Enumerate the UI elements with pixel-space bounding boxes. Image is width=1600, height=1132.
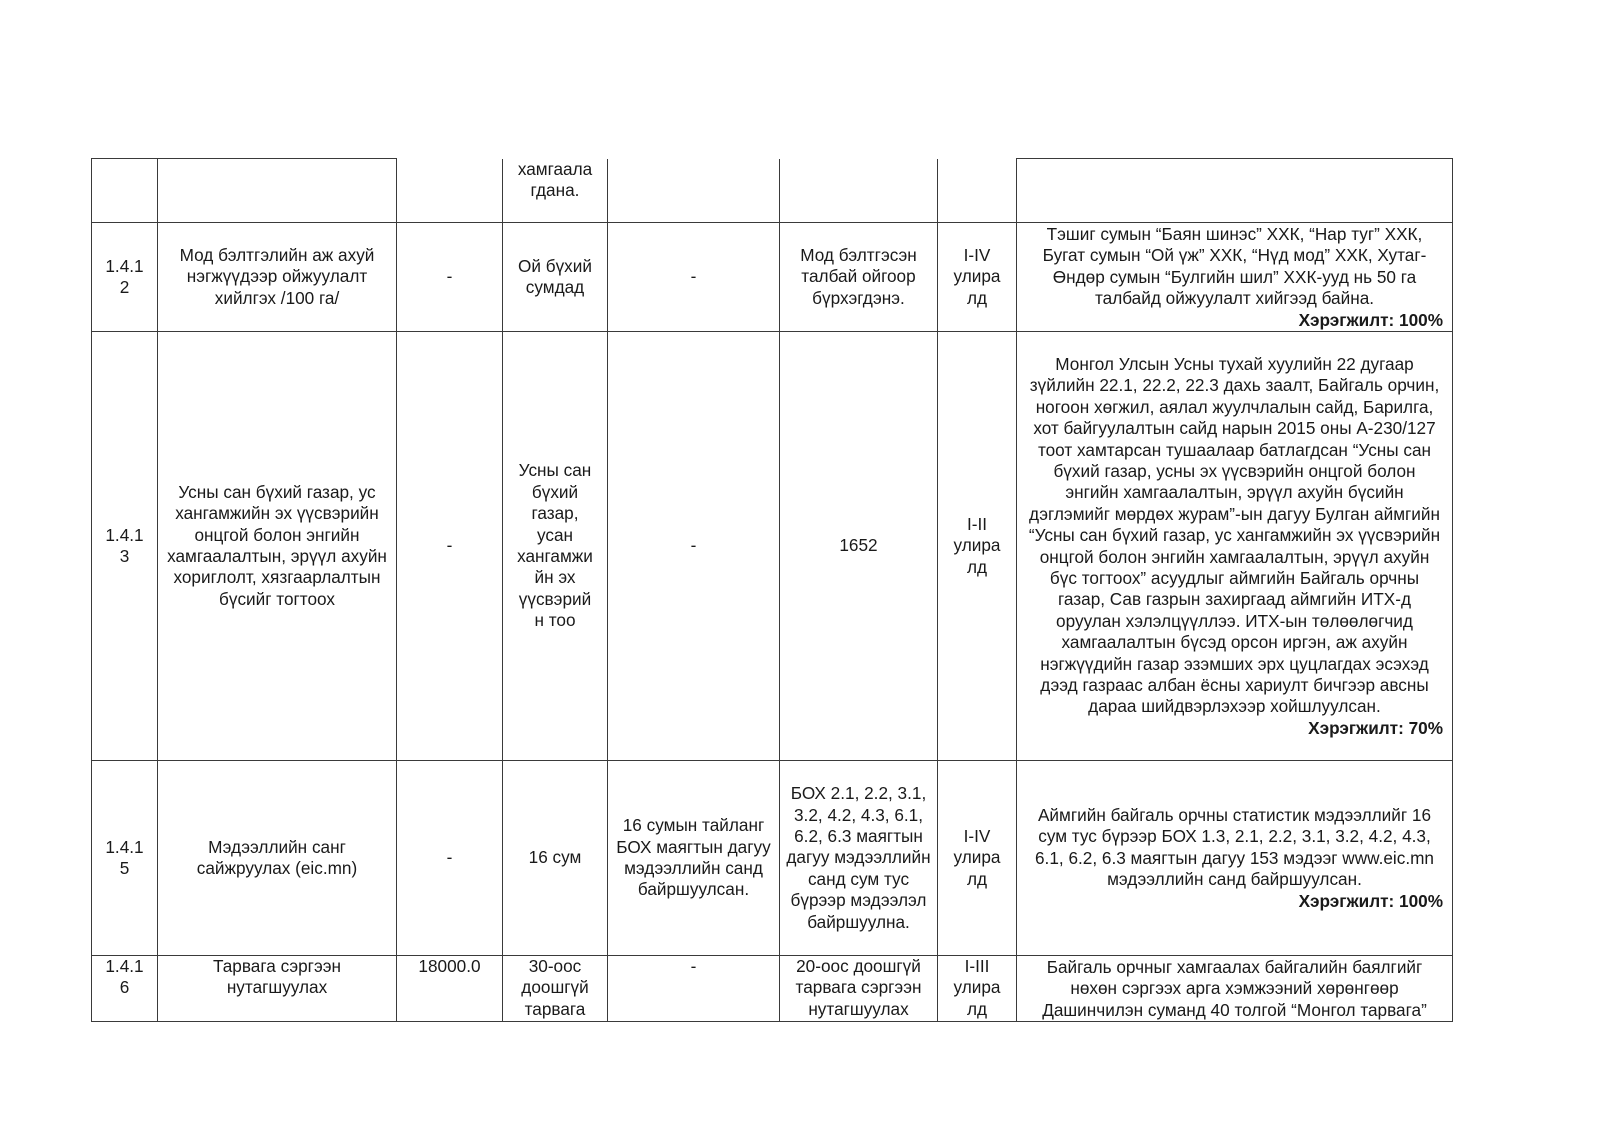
cell-baseline: - <box>608 332 780 761</box>
report-text: Монгол Улсын Усны тухай хуулийн 22 дугаа… <box>1026 354 1443 718</box>
table-row: 1.4.1 2Мод бэлтгэлийн аж ахуй нэгжүүдээр… <box>92 223 1453 332</box>
cell-target: 1652 <box>780 332 938 761</box>
table-row: 1.4.1 5Мэдээллийн санг сайжруулах (eic.m… <box>92 761 1453 956</box>
cell-budget <box>397 159 503 223</box>
cell-indicator: хамгаала гдана. <box>503 159 608 223</box>
cell-period: I-II улира лд <box>938 332 1017 761</box>
cell-budget: - <box>397 223 503 332</box>
cell-activity: Мэдээллийн санг сайжруулах (eic.mn) <box>158 761 397 956</box>
cell-no: 1.4.1 3 <box>92 332 158 761</box>
cell-budget: - <box>397 761 503 956</box>
implementation-status: Хэрэгжилт: 70% <box>1026 718 1443 739</box>
cell-period: I-III улира лд <box>938 956 1017 1022</box>
cell-indicator: Ой бүхий сумдад <box>503 223 608 332</box>
cell-report: Тэшиг сумын “Баян шинэс” ХХК, “Нар туг” … <box>1017 223 1453 332</box>
cell-activity: Усны сан бүхий газар, ус хангамжийн эх ү… <box>158 332 397 761</box>
report-text: Аймгийн байгаль орчны статистик мэдээлли… <box>1026 805 1443 891</box>
cell-report: Байгаль орчныг хамгаалах байгалийн баялг… <box>1017 956 1453 1022</box>
table-row: хамгаала гдана. <box>92 159 1453 223</box>
cell-budget: - <box>397 332 503 761</box>
cell-target <box>780 159 938 223</box>
implementation-status: Хэрэгжилт: 100% <box>1026 891 1443 912</box>
cell-report: Аймгийн байгаль орчны статистик мэдээлли… <box>1017 761 1453 956</box>
cell-baseline <box>608 159 780 223</box>
cell-no <box>92 159 158 223</box>
cell-report <box>1017 159 1453 223</box>
cell-indicator: Усны сан бүхий газар, усан хангамжи йн э… <box>503 332 608 761</box>
cell-period: I-IV улира лд <box>938 761 1017 956</box>
cell-report: Монгол Улсын Усны тухай хуулийн 22 дугаа… <box>1017 332 1453 761</box>
cell-no: 1.4.1 6 <box>92 956 158 1022</box>
cell-target: 20-оос доошгүй тарвага сэргээн нутагшуул… <box>780 956 938 1022</box>
cell-period <box>938 159 1017 223</box>
cell-target: Мод бэлтгэсэн талбай ойгоор бүрхэгдэнэ. <box>780 223 938 332</box>
cell-no: 1.4.1 2 <box>92 223 158 332</box>
cell-indicator: 16 сум <box>503 761 608 956</box>
cell-activity: Мод бэлтгэлийн аж ахуй нэгжүүдээр ойжуул… <box>158 223 397 332</box>
document-page: хамгаала гдана.1.4.1 2Мод бэлтгэлийн аж … <box>0 0 1600 1132</box>
report-text: Тэшиг сумын “Баян шинэс” ХХК, “Нар туг” … <box>1026 224 1443 310</box>
cell-baseline: - <box>608 223 780 332</box>
cell-indicator: 30-оос доошгүй тарвага <box>503 956 608 1022</box>
cell-budget: 18000.0 <box>397 956 503 1022</box>
table-row: 1.4.1 3Усны сан бүхий газар, ус хангамжи… <box>92 332 1453 761</box>
cell-target: БОХ 2.1, 2.2, 3.1, 3.2, 4.2, 4.3, 6.1, 6… <box>780 761 938 956</box>
implementation-status: Хэрэгжилт: 100% <box>1026 310 1443 331</box>
action-plan-table: хамгаала гдана.1.4.1 2Мод бэлтгэлийн аж … <box>91 158 1453 1022</box>
cell-activity <box>158 159 397 223</box>
cell-no: 1.4.1 5 <box>92 761 158 956</box>
table-row: 1.4.1 6Тарвага сэргээн нутагшуулах18000.… <box>92 956 1453 1022</box>
cell-period: I-IV улира лд <box>938 223 1017 332</box>
report-text: Байгаль орчныг хамгаалах байгалийн баялг… <box>1026 957 1443 1021</box>
cell-baseline: - <box>608 956 780 1022</box>
cell-activity: Тарвага сэргээн нутагшуулах <box>158 956 397 1022</box>
cell-baseline: 16 сумын тайланг БОХ маягтын дагуу мэдээ… <box>608 761 780 956</box>
